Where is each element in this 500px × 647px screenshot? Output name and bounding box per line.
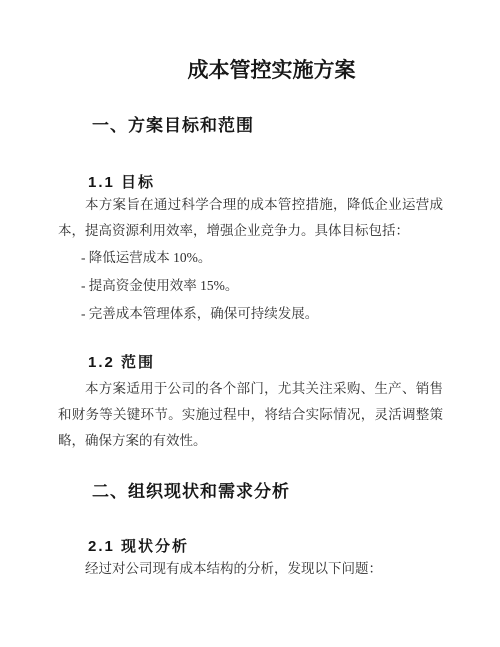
bullet-goal-cost-reduction: - 降低运营成本 10%。 — [58, 244, 443, 272]
section-1-heading: 一、方案目标和范围 — [58, 115, 443, 136]
document-page: 成本管控实施方案 一、方案目标和范围 1.1 目标 本方案旨在通过科学合理的成本… — [0, 0, 500, 647]
paragraph-scope: 本方案适用于公司的各个部门，尤其关注采购、生产、销售和财务等关键环节。实施过程中… — [58, 376, 443, 454]
subsection-1-1-heading: 1.1 目标 — [58, 173, 443, 192]
document-title: 成本管控实施方案 — [58, 58, 443, 83]
subsection-1-2-heading: 1.2 范围 — [58, 353, 443, 372]
section-2-heading: 二、组织现状和需求分析 — [58, 481, 443, 502]
bullet-goal-capital-efficiency: - 提高资金使用效率 15%。 — [58, 272, 443, 300]
bullet-goal-management-system: - 完善成本管理体系，确保可持续发展。 — [58, 300, 443, 328]
subsection-2-1-heading: 2.1 现状分析 — [58, 537, 443, 556]
paragraph-goals-intro: 本方案旨在通过科学合理的成本管控措施，降低企业运营成本，提高资源利用效率，增强企… — [58, 192, 443, 244]
paragraph-analysis-intro: 经过对公司现有成本结构的分析，发现以下问题： — [58, 556, 443, 582]
